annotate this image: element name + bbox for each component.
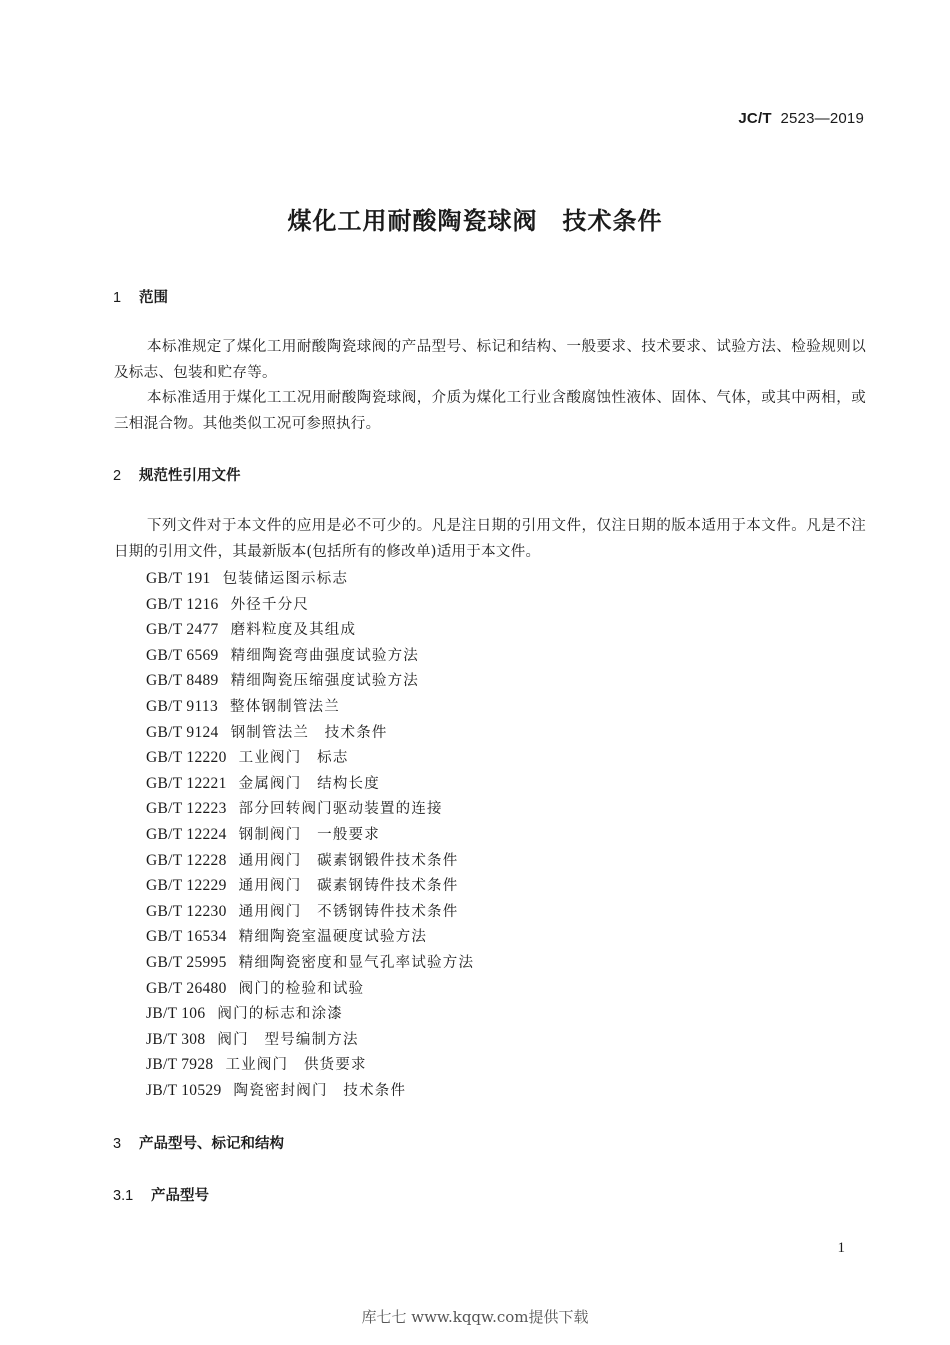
document-title: 煤化工用耐酸陶瓷球阀 技术条件 (0, 201, 950, 236)
reference-name: 陶瓷密封阀门 技术条件 (234, 1083, 407, 1099)
reference-name: 通用阀门 碳素钢锻件技术条件 (239, 853, 459, 869)
reference-item: GB/T 1216外径千分尺 (146, 592, 474, 618)
reference-name: 阀门的标志和涂漆 (217, 1006, 343, 1022)
reference-code: GB/T 26480 (146, 980, 227, 997)
reference-code: GB/T 8489 (146, 672, 219, 689)
scope-paragraph-1: 本标准规定了煤化工用耐酸陶瓷球阀的产品型号、标记和结构、一般要求、技术要求、试验… (114, 335, 866, 386)
reference-code: JB/T 106 (146, 1005, 205, 1022)
reference-item: GB/T 12229通用阀门 碳素钢铸件技术条件 (146, 873, 474, 899)
reference-item: GB/T 12230通用阀门 不锈钢铸件技术条件 (146, 899, 474, 925)
reference-code: GB/T 1216 (146, 596, 219, 613)
reference-item: JB/T 7928工业阀门 供货要求 (146, 1052, 474, 1078)
reference-code: GB/T 12224 (146, 826, 227, 843)
reference-name: 部分回转阀门驱动装置的连接 (239, 801, 443, 817)
section-title: 产品型号 (151, 1188, 209, 1204)
scope-paragraph-2: 本标准适用于煤化工工况用耐酸陶瓷球阀，介质为煤化工行业含酸腐蚀性液体、固体、气体… (114, 386, 866, 437)
reference-item: GB/T 12221金属阀门 结构长度 (146, 771, 474, 797)
reference-item: GB/T 12228通用阀门 碳素钢锻件技术条件 (146, 848, 474, 874)
reference-code: GB/T 2477 (146, 621, 219, 638)
reference-name: 包装储运图示标志 (223, 571, 349, 587)
section-number: 3.1 (113, 1188, 151, 1204)
reference-code: GB/T 12223 (146, 800, 227, 817)
section-number: 1 (113, 290, 139, 306)
reference-item: JB/T 106阀门的标志和涂漆 (146, 1001, 474, 1027)
reference-code: GB/T 12230 (146, 903, 227, 920)
reference-item: GB/T 191包装储运图示标志 (146, 566, 474, 592)
reference-code: GB/T 16534 (146, 928, 227, 945)
reference-name: 精细陶瓷密度和显气孔率试验方法 (239, 955, 475, 971)
reference-code: JB/T 10529 (146, 1082, 222, 1099)
reference-name: 外径千分尺 (231, 597, 310, 613)
reference-code: GB/T 9124 (146, 724, 219, 741)
reference-item: GB/T 16534精细陶瓷室温硬度试验方法 (146, 924, 474, 950)
reference-item: GB/T 6569精细陶瓷弯曲强度试验方法 (146, 643, 474, 669)
reference-item: GB/T 25995精细陶瓷密度和显气孔率试验方法 (146, 950, 474, 976)
reference-code: JB/T 7928 (146, 1056, 213, 1073)
reference-item: JB/T 308阀门 型号编制方法 (146, 1027, 474, 1053)
reference-item: GB/T 12223部分回转阀门驱动装置的连接 (146, 796, 474, 822)
section-title: 范围 (139, 290, 168, 306)
reference-name: 精细陶瓷压缩强度试验方法 (231, 673, 419, 689)
page-number: 1 (838, 1240, 846, 1257)
reference-item: GB/T 8489精细陶瓷压缩强度试验方法 (146, 668, 474, 694)
reference-name: 金属阀门 结构长度 (239, 776, 380, 792)
reference-item: GB/T 2477磨料粒度及其组成 (146, 617, 474, 643)
section-title: 规范性引用文件 (139, 468, 241, 484)
subsection-heading-product-type: 3.1产品型号 (113, 1184, 209, 1205)
reference-name: 工业阀门 标志 (239, 750, 349, 766)
section-number: 3 (113, 1136, 139, 1152)
reference-code: GB/T 9113 (146, 698, 218, 715)
reference-item: JB/T 10529陶瓷密封阀门 技术条件 (146, 1078, 474, 1104)
reference-name: 通用阀门 碳素钢铸件技术条件 (239, 878, 459, 894)
reference-item: GB/T 12224钢制阀门 一般要求 (146, 822, 474, 848)
reference-list: GB/T 191包装储运图示标志 GB/T 1216外径千分尺 GB/T 247… (146, 566, 474, 1103)
reference-code: GB/T 191 (146, 570, 211, 587)
reference-item: GB/T 9124钢制管法兰 技术条件 (146, 720, 474, 746)
reference-name: 通用阀门 不锈钢铸件技术条件 (239, 904, 459, 920)
reference-code: GB/T 12228 (146, 852, 227, 869)
reference-code: GB/T 12221 (146, 775, 227, 792)
download-watermark-footer: 库七七 www.kqqw.com提供下载 (0, 1306, 950, 1327)
reference-code: JB/T 308 (146, 1031, 205, 1048)
reference-name: 工业阀门 供货要求 (225, 1057, 366, 1073)
reference-name: 整体钢制管法兰 (230, 699, 340, 715)
reference-code: GB/T 12220 (146, 749, 227, 766)
reference-name: 钢制阀门 一般要求 (239, 827, 380, 843)
section-number: 2 (113, 468, 139, 484)
document-code-prefix: JC/T (738, 110, 771, 127)
reference-name: 精细陶瓷弯曲强度试验方法 (231, 648, 419, 664)
reference-item: GB/T 26480阀门的检验和试验 (146, 976, 474, 1002)
section-heading-product-model: 3产品型号、标记和结构 (113, 1132, 284, 1153)
document-code-number: 2523—2019 (780, 110, 864, 127)
section-title: 产品型号、标记和结构 (139, 1136, 284, 1152)
reference-code: GB/T 25995 (146, 954, 227, 971)
references-intro-paragraph: 下列文件对于本文件的应用是必不可少的。凡是注日期的引用文件，仅注日期的版本适用于… (114, 514, 866, 565)
document-code: JC/T 2523—2019 (738, 110, 864, 127)
reference-code: GB/T 6569 (146, 647, 219, 664)
reference-item: GB/T 12220工业阀门 标志 (146, 745, 474, 771)
section-heading-normative-references: 2规范性引用文件 (113, 464, 241, 485)
reference-name: 阀门的检验和试验 (239, 981, 365, 997)
reference-item: GB/T 9113整体钢制管法兰 (146, 694, 474, 720)
reference-name: 精细陶瓷室温硬度试验方法 (239, 929, 427, 945)
section-heading-scope: 1范围 (113, 286, 168, 307)
reference-name: 钢制管法兰 技术条件 (231, 725, 388, 741)
reference-code: GB/T 12229 (146, 877, 227, 894)
reference-name: 阀门 型号编制方法 (217, 1032, 358, 1048)
reference-name: 磨料粒度及其组成 (231, 622, 357, 638)
